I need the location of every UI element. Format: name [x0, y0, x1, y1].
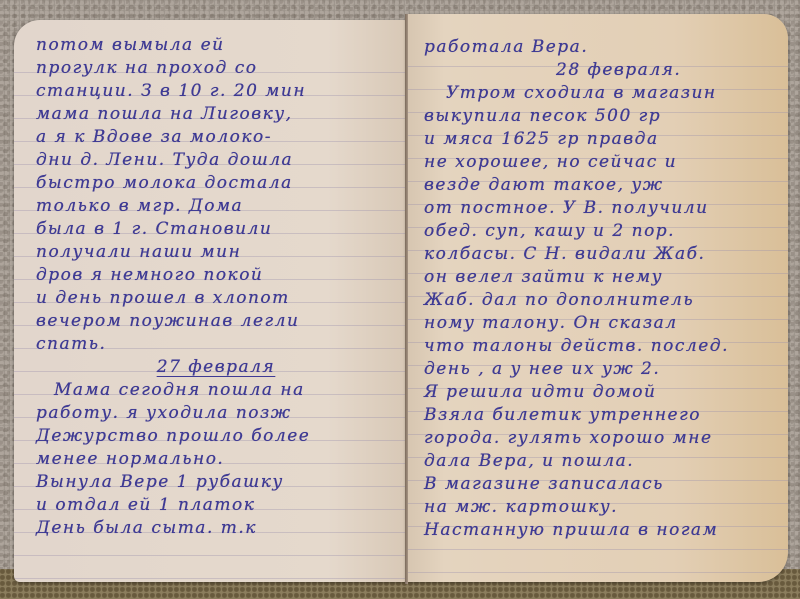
handwritten-line: и мяса 1625 гр правда: [406, 128, 788, 151]
handwritten-line: обед. суп, кашу и 2 пор.: [406, 220, 788, 243]
handwritten-line: на мж. картошку.: [406, 496, 788, 519]
handwritten-line: Настанную пришла в ногам: [406, 519, 788, 542]
handwritten-line: потом вымыла ей: [14, 34, 406, 57]
handwritten-line: выкупила песок 500 гр: [406, 105, 788, 128]
handwritten-line: получали наши мин: [14, 241, 406, 264]
handwritten-line: мама пошла на Лиговку,: [14, 103, 406, 126]
handwritten-line: дала Вера, и пошла.: [406, 450, 788, 473]
handwritten-line: спать.: [14, 333, 406, 356]
handwritten-line: не хорошее, но сейчас и: [406, 151, 788, 174]
handwritten-line: а я к Вдове за молоко-: [14, 126, 406, 149]
handwritten-line: везде дают такое, уж: [406, 174, 788, 197]
handwritten-line: ному талону. Он сказал: [406, 312, 788, 335]
handwritten-line: он велел зайти к нему: [406, 266, 788, 289]
handwritten-line: прогулк на проход со: [14, 57, 406, 80]
handwritten-line: день , а у нее их уж 2.: [406, 358, 788, 381]
handwritten-line: и отдал ей 1 платок: [14, 494, 406, 517]
handwritten-line: только в мгр. Дома: [14, 195, 406, 218]
date-heading: 27 февраля: [14, 356, 406, 379]
handwritten-line: Мама сегодня пошла на: [14, 379, 406, 402]
handwritten-line: что талоны действ. послед.: [406, 335, 788, 358]
handwritten-line: и день прошел в хлопот: [14, 287, 406, 310]
handwritten-line: Я решила идти домой: [406, 381, 788, 404]
handwritten-line: работу. я уходила позж: [14, 402, 406, 425]
handwritten-line: Дежурство прошло более: [14, 425, 406, 448]
handwritten-line: была в 1 г. Становили: [14, 218, 406, 241]
handwritten-line: работала Вера.: [406, 36, 788, 59]
handwritten-line: города. гулять хорошо мне: [406, 427, 788, 450]
handwritten-line: Жаб. дал по дополнитель: [406, 289, 788, 312]
handwritten-line: вечером поужинав легли: [14, 310, 406, 333]
left-page-text: потом вымыла ей прогулк на проход со ста…: [14, 34, 406, 540]
handwritten-line: День была сыта. т.к: [14, 517, 406, 540]
right-page-text: работала Вера. 28 февраля. Утром сходила…: [406, 36, 788, 542]
handwritten-line: колбасы. С Н. видали Жаб.: [406, 243, 788, 266]
handwritten-line: быстро молока достала: [14, 172, 406, 195]
handwritten-line: дни д. Лени. Туда дошла: [14, 149, 406, 172]
notebook-right-page: работала Вера. 28 февраля. Утром сходила…: [406, 14, 788, 582]
date-heading: 28 февраля.: [406, 59, 788, 82]
handwritten-line: В магазине записалась: [406, 473, 788, 496]
handwritten-line: менее нормально.: [14, 448, 406, 471]
handwritten-line: станции. З в 10 г. 20 мин: [14, 80, 406, 103]
notebook-left-page: потом вымыла ей прогулк на проход со ста…: [14, 20, 406, 582]
handwritten-line: дров я немного покой: [14, 264, 406, 287]
notebook-spine: [405, 14, 408, 584]
handwritten-line: Взяла билетик утреннего: [406, 404, 788, 427]
handwritten-line: Утром сходила в магазин: [406, 82, 788, 105]
handwritten-line: Вынула Вере 1 рубашку: [14, 471, 406, 494]
handwritten-line: от постное. У В. получили: [406, 197, 788, 220]
